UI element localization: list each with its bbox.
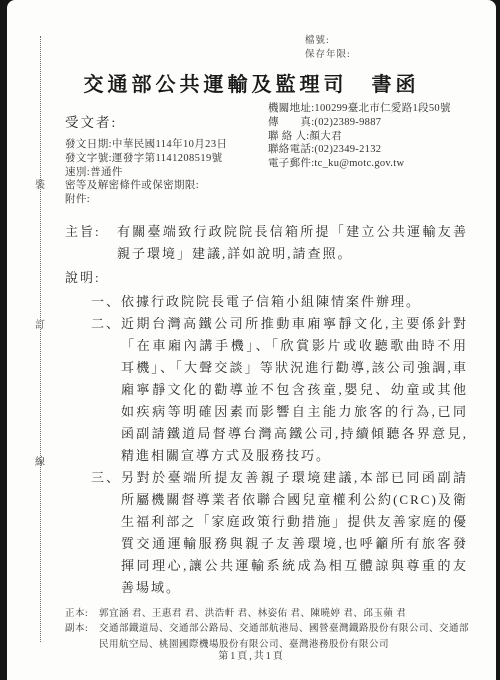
agency-contact-person: 聯 絡 人:顏大君 xyxy=(268,130,470,144)
retention-period-label: 保存年限: xyxy=(305,48,351,62)
item-number: 一、 xyxy=(91,291,121,313)
subject-label: 主旨: xyxy=(65,221,117,243)
subject-text: 有關臺端致行政院院長信箱所提「建立公共運輸友善親子環境」建議,詳如說明,請查照。 xyxy=(117,221,468,265)
recipient-label: 受文者: xyxy=(65,111,268,131)
distribution-block: 正本: 郭宜涵 君、王惠君 君、洪浩軒 君、林姿佑 君、陳曉婷 君、邱玉蘋 君 … xyxy=(7,599,496,654)
header-left-column: 受文者: 發文日期:中華民國114年10月23日 發文字號:運發字第114120… xyxy=(65,101,268,207)
agency-email: 電子郵件:tc_ku@motc.gov.tw xyxy=(268,157,470,171)
explanation-item-1: 一、 依據行政院院長電子信箱小組陳情案件辦理。 xyxy=(91,291,468,313)
binding-mark-zhuang: 裝 xyxy=(35,176,45,191)
binding-mark-ding: 訂 xyxy=(35,316,45,331)
dispatch-date: 發文日期:中華民國114年10月23日 xyxy=(65,138,268,152)
dispatch-meta: 發文日期:中華民國114年10月23日 發文字號:運發字第1141208519號… xyxy=(65,138,268,207)
document-header: 受文者: 發文日期:中華民國114年10月23日 發文字號:運發字第114120… xyxy=(7,97,496,207)
copy-label: 副本: xyxy=(65,622,99,638)
original-recipients-row: 正本: 郭宜涵 君、王惠君 君、洪浩軒 君、林姿佑 君、陳曉婷 君、邱玉蘋 君 xyxy=(65,607,470,623)
agency-contact-block: 機關地址:100299臺北市仁愛路1段50號 傳 真:(02)2389-9887… xyxy=(268,101,470,207)
archive-labels: 檔號: 保存年限: xyxy=(305,34,351,62)
original-recipients: 郭宜涵 君、王惠君 君、洪浩軒 君、林姿佑 君、陳曉婷 君、邱玉蘋 君 xyxy=(99,607,470,623)
subject-row: 主旨: 有關臺端致行政院院長信箱所提「建立公共運輸友善親子環境」建議,詳如說明,… xyxy=(65,221,468,265)
binding-mark-xian: 線 xyxy=(35,453,45,468)
speed-class: 速別:普通件 xyxy=(65,166,268,180)
item-number: 二、 xyxy=(91,313,121,335)
document-page: 裝 訂 線 檔號: 保存年限: 交通部公共運輸及監理司 書函 受文者: 發文日期… xyxy=(7,0,496,680)
attachment-label: 附件: xyxy=(65,193,268,207)
explanation-item-3: 三、 另對於臺端所提友善親子環境建議,本部已同函副請所屬機關督導業者依聯合國兒童… xyxy=(91,467,468,599)
agency-address: 機關地址:100299臺北市仁愛路1段50號 xyxy=(268,102,470,116)
explanation-items: 一、 依據行政院院長電子信箱小組陳情案件辦理。 二、 近期台灣高鐵公司所推動車廂… xyxy=(65,291,468,599)
binding-dotted-line xyxy=(40,36,41,642)
agency-fax: 傳 真:(02)2389-9887 xyxy=(268,116,470,130)
item-number: 三、 xyxy=(91,467,121,489)
item-text: 依據行政院院長電子信箱小組陳情案件辦理。 xyxy=(121,291,468,313)
document-body: 主旨: 有關臺端致行政院院長信箱所提「建立公共運輸友善親子環境」建議,詳如說明,… xyxy=(7,207,496,599)
original-label: 正本: xyxy=(65,607,99,623)
item-text: 近期台灣高鐵公司所推動車廂寧靜文化,主要係針對「在車廂內講手機」、「欣賞影片或收… xyxy=(121,313,468,467)
file-number-label: 檔號: xyxy=(305,34,351,48)
document-title: 交通部公共運輸及監理司 書函 xyxy=(7,0,496,97)
security-class: 密等及解密條件或保密期限: xyxy=(65,179,268,193)
explanation-label: 說明: xyxy=(65,267,468,289)
agency-phone: 聯絡電話:(02)2349-2132 xyxy=(268,143,470,157)
dispatch-number: 發文字號:運發字第1141208519號 xyxy=(65,152,268,166)
page-number-footer: 第1頁,共1頁 xyxy=(7,647,496,662)
item-text: 另對於臺端所提友善親子環境建議,本部已同函副請所屬機關督導業者依聯合國兒童權利公… xyxy=(121,467,468,599)
explanation-item-2: 二、 近期台灣高鐵公司所推動車廂寧靜文化,主要係針對「在車廂內講手機」、「欣賞影… xyxy=(91,313,468,467)
